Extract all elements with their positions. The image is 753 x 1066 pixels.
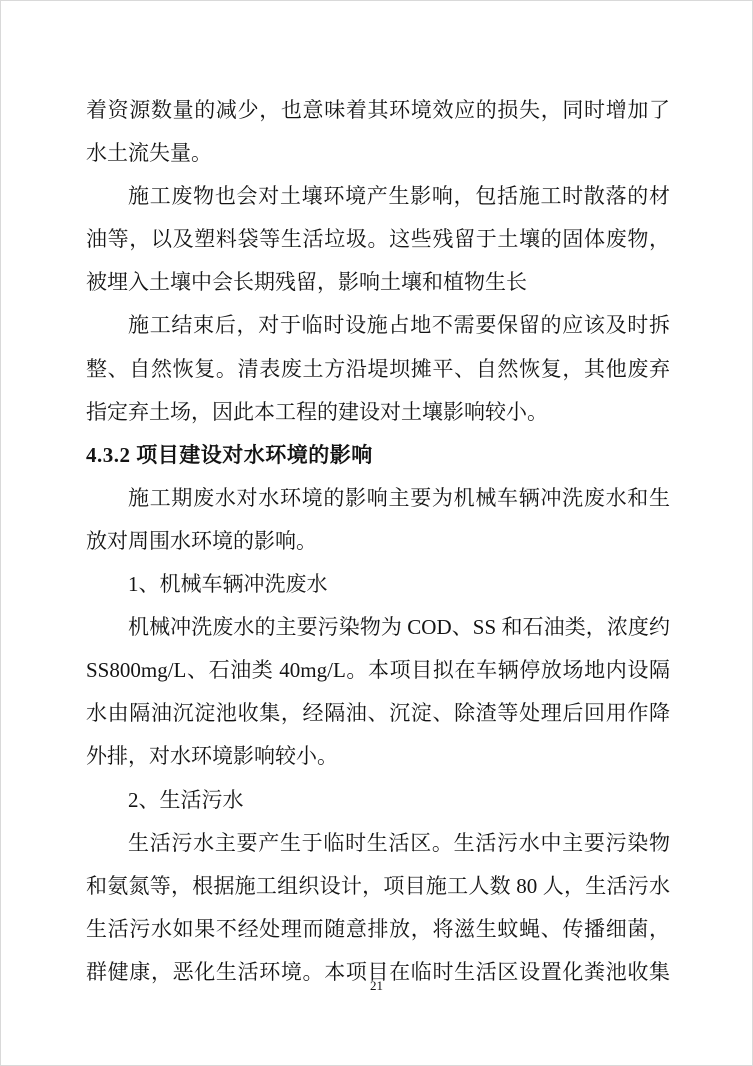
text-line: 水土流失量。 (86, 132, 670, 175)
text-line: 1、机械车辆冲洗废水 (86, 563, 670, 606)
text-line: 着资源数量的减少，也意味着其环境效应的损失，同时增加了水力侵蚀与 (86, 89, 670, 132)
text-line: 施工期废水对水环境的影响主要为机械车辆冲洗废水和生活废水的排 (86, 477, 670, 520)
text-line: 外排，对水环境影响较小。 (86, 735, 670, 778)
text-line: 被埋入土壤中会长期残留，影响土壤和植物生长 (86, 261, 670, 304)
text-line: SS800mg/L、石油类 40mg/L。本项目拟在车辆停放场地内设隔油沉淀池，… (86, 649, 670, 692)
page-number: 21 (1, 977, 752, 995)
text-line: 放对周围水环境的影响。 (86, 520, 670, 563)
text-line: 机械冲洗废水的主要污染物为 COD、SS 和石油类，浓度约为 COD300mg/… (86, 606, 670, 649)
text-line: 指定弃土场，因此本工程的建设对土壤影响较小。 (86, 391, 670, 434)
text-line: 2、生活污水 (86, 779, 670, 822)
document-page: 着资源数量的减少，也意味着其环境效应的损失，同时增加了水力侵蚀与水土流失量。施工… (0, 0, 753, 1066)
text-line: 施工结束后，对于临时设施占地不需要保留的应该及时拆除、土地平 (86, 304, 670, 347)
text-line: 油等，以及塑料袋等生活垃圾。这些残留于土壤的固体废物，难于分解， (86, 218, 670, 261)
text-line: 整、自然恢复。清表废土方沿堤坝摊平、自然恢复，其他废弃土方，运至 (86, 348, 670, 391)
text-line: 生活污水主要产生于临时生活区。生活污水中主要污染物为细菌、COD (86, 822, 670, 865)
text-line: 生活污水如果不经处理而随意排放，将滋生蚊蝇、传播细菌，威胁施工人 (86, 908, 670, 951)
section-heading: 4.3.2 项目建设对水环境的影响 (86, 434, 670, 477)
text-line: 和氨氮等，根据施工组织设计，项目施工人数 80 人，生活污水量为 1036m3。 (86, 865, 670, 908)
page-content: 着资源数量的减少，也意味着其环境效应的损失，同时增加了水力侵蚀与水土流失量。施工… (86, 89, 670, 994)
text-line: 水由隔油沉淀池收集，经隔油、沉淀、除渣等处理后回用作降尘用水，不 (86, 692, 670, 735)
text-line: 施工废物也会对土壤环境产生影响，包括施工时散落的材料例如落地 (86, 175, 670, 218)
